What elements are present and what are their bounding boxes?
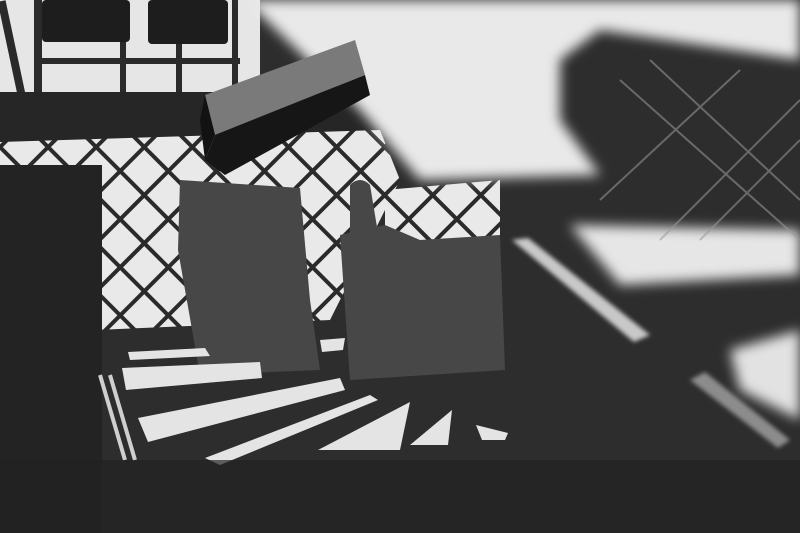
- photo-scene: [0, 0, 800, 533]
- bw-photograph: [0, 0, 800, 533]
- dark-block-left: [42, 0, 130, 42]
- dark-block-right: [148, 0, 228, 44]
